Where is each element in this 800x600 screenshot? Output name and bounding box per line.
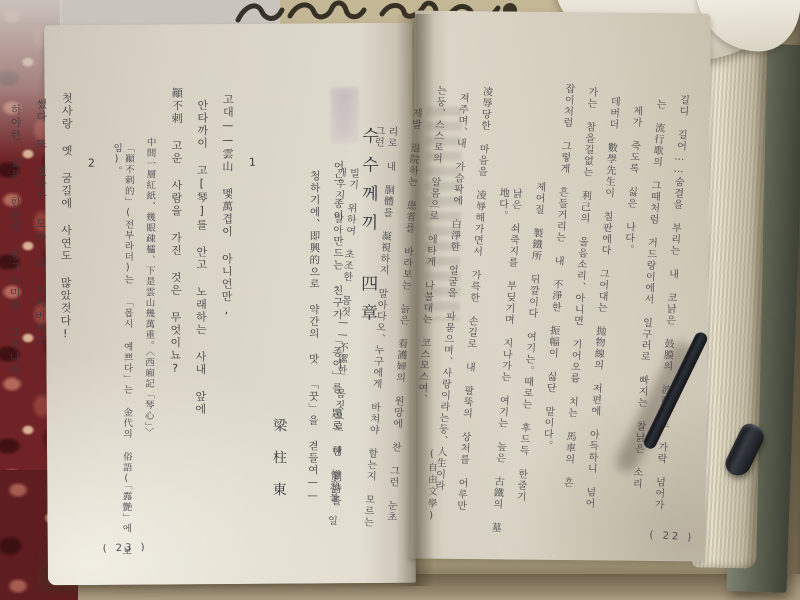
author-name: 梁柱東 [267,86,293,588]
section-number: 1 [242,86,260,588]
page-number-left: ( 23 ) [102,542,147,555]
section-number: 2 [81,85,99,587]
footnote-line: 「顚不剌的」(전부라더)는 「몹시 예쁘다」는 金代의 俗語(「露艶」에 보임)… [107,85,135,587]
book-gutter-shadow [396,14,434,586]
footnote-line: 中間一層紅紙、幾眼疎櫺、下是雲山幾萬重。〈西廂記「琴心」〉 [140,85,156,587]
poem-line: 고대——雲山 멫萬겹이 아니언만, [216,86,234,588]
poem-line: 안타까이 고[琴]를 안고 노래하는 사내 앞에 [191,85,209,587]
right-page-text: 길디 길어……숨결을 부리는 내 코낡은 鼓膜의 波動으로 가락 넘어가 는 流… [418,76,701,553]
right-page: 길디 길어……숨결을 부리는 내 코낡은 鼓膜의 波動으로 가락 넘어가 는 流… [409,10,711,561]
open-book-photo: 수수께끼 四章 어느 종이 만드는 친구가 「종이」를 題로 한 劇詩를 청하기… [0,0,800,600]
poem-line: 顚不剌 고운 사람을 가진 것은 무엇이뇨? [165,85,183,587]
poem-line: 첫사랑 옛 굼길에 사연도 많았것다! [55,84,73,586]
